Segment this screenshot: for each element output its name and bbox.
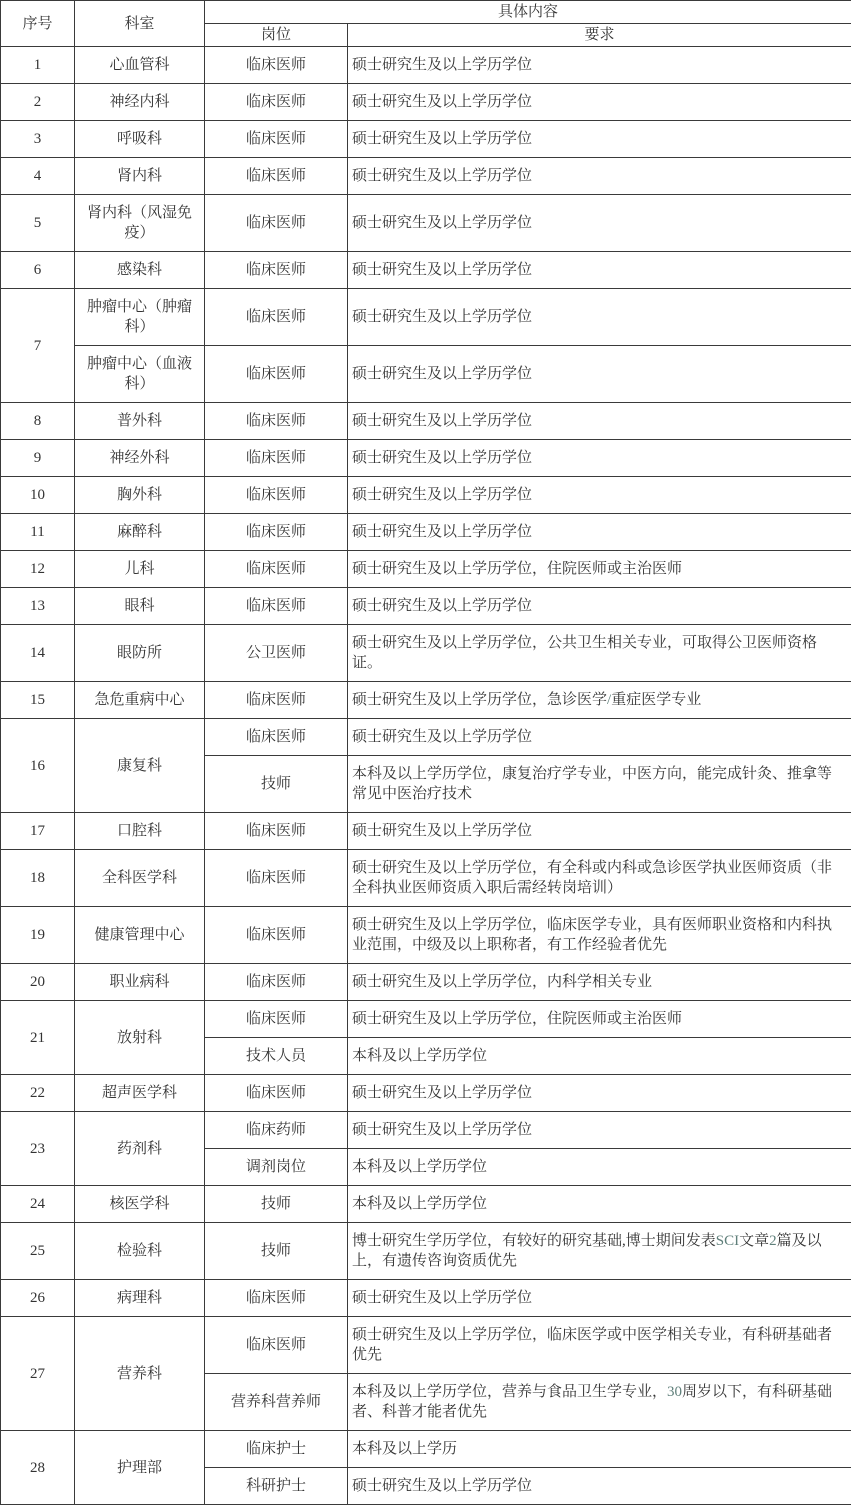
row-number-cell: 20 (1, 964, 75, 1001)
row-number-cell: 6 (1, 252, 75, 289)
row-number-cell: 3 (1, 121, 75, 158)
position-cell: 临床医师 (205, 813, 348, 850)
table-row: 27营养科临床医师硕士研究生及以上学历学位，临床医学或中医学相关专业，有科研基础… (1, 1317, 851, 1374)
table-row: 20职业病科临床医师硕士研究生及以上学历学位，内科学相关专业 (1, 964, 851, 1001)
position-cell: 临床医师 (205, 289, 348, 346)
requirement-cell: 本科及以上学历学位 (348, 1038, 851, 1075)
requirement-cell: 硕士研究生及以上学历学位 (348, 1112, 851, 1149)
position-cell: 临床医师 (205, 440, 348, 477)
table-row: 22超声医学科临床医师硕士研究生及以上学历学位 (1, 1075, 851, 1112)
row-number-cell: 19 (1, 907, 75, 964)
department-cell: 胸外科 (75, 477, 205, 514)
table-row: 16康复科临床医师硕士研究生及以上学历学位 (1, 719, 851, 756)
department-cell: 药剂科 (75, 1112, 205, 1186)
department-cell: 口腔科 (75, 813, 205, 850)
requirement-cell: 本科及以上学历 (348, 1431, 851, 1468)
table-row: 1心血管科临床医师硕士研究生及以上学历学位 (1, 47, 851, 84)
header-requirement: 要求 (348, 24, 851, 47)
position-cell: 临床药师 (205, 1112, 348, 1149)
requirement-cell: 硕士研究生及以上学历学位，有全科或内科或急诊医学执业医师资质（非全科执业医师资质… (348, 850, 851, 907)
row-number-cell: 10 (1, 477, 75, 514)
row-number-cell: 1 (1, 47, 75, 84)
table-row: 3呼吸科临床医师硕士研究生及以上学历学位 (1, 121, 851, 158)
position-cell: 临床医师 (205, 158, 348, 195)
requirement-cell: 硕士研究生及以上学历学位，急诊医学/重症医学专业 (348, 682, 851, 719)
table-row: 肿瘤中心（血液科）临床医师硕士研究生及以上学历学位 (1, 346, 851, 403)
table-row: 6感染科临床医师硕士研究生及以上学历学位 (1, 252, 851, 289)
table-row: 10胸外科临床医师硕士研究生及以上学历学位 (1, 477, 851, 514)
position-cell: 临床护士 (205, 1431, 348, 1468)
position-cell: 临床医师 (205, 195, 348, 252)
table-row: 8普外科临床医师硕士研究生及以上学历学位 (1, 403, 851, 440)
table-row: 9神经外科临床医师硕士研究生及以上学历学位 (1, 440, 851, 477)
latin-text: / (607, 692, 611, 708)
row-number-cell: 5 (1, 195, 75, 252)
position-cell: 临床医师 (205, 84, 348, 121)
department-cell: 肿瘤中心（血液科） (75, 346, 205, 403)
department-cell: 营养科 (75, 1317, 205, 1431)
requirement-cell: 硕士研究生及以上学历学位 (348, 440, 851, 477)
position-cell: 临床医师 (205, 252, 348, 289)
table-row: 14眼防所公卫医师硕士研究生及以上学历学位，公共卫生相关专业，可取得公卫医师资格… (1, 625, 851, 682)
row-number-cell: 11 (1, 514, 75, 551)
department-cell: 超声医学科 (75, 1075, 205, 1112)
position-cell: 科研护士 (205, 1468, 348, 1505)
requirement-cell: 硕士研究生及以上学历学位 (348, 1075, 851, 1112)
row-number-cell: 12 (1, 551, 75, 588)
position-cell: 技师 (205, 1186, 348, 1223)
requirement-cell: 硕士研究生及以上学历学位，住院医师或主治医师 (348, 551, 851, 588)
row-number-cell: 27 (1, 1317, 75, 1431)
row-number-cell: 22 (1, 1075, 75, 1112)
requirement-cell: 博士研究生学历学位，有较好的研究基础,博士期间发表SCI文章2篇及以上，有遗传咨… (348, 1223, 851, 1280)
position-cell: 营养科营养师 (205, 1374, 348, 1431)
requirement-cell: 本科及以上学历学位 (348, 1186, 851, 1223)
department-cell: 肾内科（风湿免疫） (75, 195, 205, 252)
requirement-cell: 硕士研究生及以上学历学位，公共卫生相关专业，可取得公卫医师资格证。 (348, 625, 851, 682)
position-cell: 临床医师 (205, 47, 348, 84)
row-number-cell: 21 (1, 1001, 75, 1075)
requirement-cell: 硕士研究生及以上学历学位，住院医师或主治医师 (348, 1001, 851, 1038)
position-cell: 临床医师 (205, 477, 348, 514)
position-cell: 临床医师 (205, 551, 348, 588)
department-cell: 普外科 (75, 403, 205, 440)
table-row: 25检验科技师博士研究生学历学位，有较好的研究基础,博士期间发表SCI文章2篇及… (1, 1223, 851, 1280)
latin-text: 30 (667, 1384, 682, 1400)
position-cell: 临床医师 (205, 121, 348, 158)
position-cell: 临床医师 (205, 1075, 348, 1112)
row-number-cell: 24 (1, 1186, 75, 1223)
requirement-cell: 硕士研究生及以上学历学位 (348, 719, 851, 756)
row-number-cell: 8 (1, 403, 75, 440)
table-row: 7肿瘤中心（肿瘤科）临床医师硕士研究生及以上学历学位 (1, 289, 851, 346)
department-cell: 眼科 (75, 588, 205, 625)
department-cell: 全科医学科 (75, 850, 205, 907)
row-number-cell: 16 (1, 719, 75, 813)
requirement-cell: 硕士研究生及以上学历学位 (348, 346, 851, 403)
header-content: 具体内容 (205, 1, 851, 24)
row-number-cell: 4 (1, 158, 75, 195)
table-row: 21放射科临床医师硕士研究生及以上学历学位，住院医师或主治医师 (1, 1001, 851, 1038)
position-cell: 公卫医师 (205, 625, 348, 682)
department-cell: 护理部 (75, 1431, 205, 1505)
department-cell: 放射科 (75, 1001, 205, 1075)
department-cell: 神经外科 (75, 440, 205, 477)
requirement-cell: 本科及以上学历学位，营养与食品卫生学专业，30周岁以下，有科研基础者、科普才能者… (348, 1374, 851, 1431)
table-row: 24核医学科技师本科及以上学历学位 (1, 1186, 851, 1223)
position-cell: 临床医师 (205, 588, 348, 625)
position-cell: 临床医师 (205, 850, 348, 907)
requirement-cell: 硕士研究生及以上学历学位 (348, 195, 851, 252)
position-cell: 临床医师 (205, 682, 348, 719)
position-cell: 调剂岗位 (205, 1149, 348, 1186)
requirement-cell: 硕士研究生及以上学历学位 (348, 158, 851, 195)
requirement-cell: 本科及以上学历学位，康复治疗学专业，中医方向，能完成针灸、推拿等常见中医治疗技术 (348, 756, 851, 813)
position-cell: 临床医师 (205, 514, 348, 551)
department-cell: 检验科 (75, 1223, 205, 1280)
table-row: 13眼科临床医师硕士研究生及以上学历学位 (1, 588, 851, 625)
row-number-cell: 7 (1, 289, 75, 403)
latin-text: 2 (769, 1233, 777, 1249)
table-row: 28护理部临床护士本科及以上学历 (1, 1431, 851, 1468)
department-cell: 核医学科 (75, 1186, 205, 1223)
header-position: 岗位 (205, 24, 348, 47)
requirement-cell: 硕士研究生及以上学历学位 (348, 47, 851, 84)
position-cell: 临床医师 (205, 1317, 348, 1374)
table-row: 4肾内科临床医师硕士研究生及以上学历学位 (1, 158, 851, 195)
row-number-cell: 18 (1, 850, 75, 907)
table-row: 18全科医学科临床医师硕士研究生及以上学历学位，有全科或内科或急诊医学执业医师资… (1, 850, 851, 907)
table-row: 5肾内科（风湿免疫）临床医师硕士研究生及以上学历学位 (1, 195, 851, 252)
department-cell: 儿科 (75, 551, 205, 588)
table-row: 23药剂科临床药师硕士研究生及以上学历学位 (1, 1112, 851, 1149)
department-cell: 心血管科 (75, 47, 205, 84)
requirement-cell: 硕士研究生及以上学历学位 (348, 289, 851, 346)
header-row-1: 序号 科室 具体内容 (1, 1, 851, 24)
department-cell: 感染科 (75, 252, 205, 289)
row-number-cell: 13 (1, 588, 75, 625)
table-row: 19健康管理中心临床医师硕士研究生及以上学历学位，临床医学专业，具有医师职业资格… (1, 907, 851, 964)
header-department: 科室 (75, 1, 205, 47)
requirement-cell: 硕士研究生及以上学历学位 (348, 1468, 851, 1505)
position-cell: 临床医师 (205, 403, 348, 440)
table-body: 1心血管科临床医师硕士研究生及以上学历学位2神经内科临床医师硕士研究生及以上学历… (1, 47, 851, 1505)
requirement-cell: 硕士研究生及以上学历学位 (348, 1280, 851, 1317)
department-cell: 病理科 (75, 1280, 205, 1317)
requirement-cell: 硕士研究生及以上学历学位 (348, 84, 851, 121)
department-cell: 麻醉科 (75, 514, 205, 551)
department-cell: 急危重病中心 (75, 682, 205, 719)
row-number-cell: 9 (1, 440, 75, 477)
table-row: 12儿科临床医师硕士研究生及以上学历学位，住院医师或主治医师 (1, 551, 851, 588)
position-cell: 技师 (205, 756, 348, 813)
requirement-cell: 本科及以上学历学位 (348, 1149, 851, 1186)
row-number-cell: 26 (1, 1280, 75, 1317)
table-row: 11麻醉科临床医师硕士研究生及以上学历学位 (1, 514, 851, 551)
row-number-cell: 28 (1, 1431, 75, 1505)
table-header: 序号 科室 具体内容 岗位 要求 (1, 1, 851, 47)
requirement-cell: 硕士研究生及以上学历学位，内科学相关专业 (348, 964, 851, 1001)
department-cell: 呼吸科 (75, 121, 205, 158)
row-number-cell: 15 (1, 682, 75, 719)
requirement-cell: 硕士研究生及以上学历学位 (348, 813, 851, 850)
requirement-cell: 硕士研究生及以上学历学位，临床医学或中医学相关专业，有科研基础者优先 (348, 1317, 851, 1374)
row-number-cell: 2 (1, 84, 75, 121)
requirement-cell: 硕士研究生及以上学历学位 (348, 477, 851, 514)
position-cell: 临床医师 (205, 907, 348, 964)
department-cell: 肾内科 (75, 158, 205, 195)
recruitment-table: 序号 科室 具体内容 岗位 要求 1心血管科临床医师硕士研究生及以上学历学位2神… (0, 0, 851, 1505)
department-cell: 职业病科 (75, 964, 205, 1001)
row-number-cell: 17 (1, 813, 75, 850)
position-cell: 技术人员 (205, 1038, 348, 1075)
position-cell: 临床医师 (205, 719, 348, 756)
position-cell: 临床医师 (205, 1280, 348, 1317)
requirement-cell: 硕士研究生及以上学历学位 (348, 588, 851, 625)
position-cell: 临床医师 (205, 1001, 348, 1038)
table-row: 15急危重病中心临床医师硕士研究生及以上学历学位，急诊医学/重症医学专业 (1, 682, 851, 719)
row-number-cell: 25 (1, 1223, 75, 1280)
row-number-cell: 23 (1, 1112, 75, 1186)
requirement-cell: 硕士研究生及以上学历学位 (348, 403, 851, 440)
department-cell: 健康管理中心 (75, 907, 205, 964)
position-cell: 临床医师 (205, 964, 348, 1001)
table-row: 2神经内科临床医师硕士研究生及以上学历学位 (1, 84, 851, 121)
header-index: 序号 (1, 1, 75, 47)
latin-text: SCI (716, 1233, 739, 1249)
department-cell: 肿瘤中心（肿瘤科） (75, 289, 205, 346)
requirement-cell: 硕士研究生及以上学历学位 (348, 252, 851, 289)
requirement-cell: 硕士研究生及以上学历学位 (348, 514, 851, 551)
row-number-cell: 14 (1, 625, 75, 682)
position-cell: 技师 (205, 1223, 348, 1280)
table-row: 26病理科临床医师硕士研究生及以上学历学位 (1, 1280, 851, 1317)
requirement-cell: 硕士研究生及以上学历学位 (348, 121, 851, 158)
position-cell: 临床医师 (205, 346, 348, 403)
table-row: 17口腔科临床医师硕士研究生及以上学历学位 (1, 813, 851, 850)
requirement-cell: 硕士研究生及以上学历学位，临床医学专业，具有医师职业资格和内科执业范围，中级及以… (348, 907, 851, 964)
department-cell: 眼防所 (75, 625, 205, 682)
department-cell: 神经内科 (75, 84, 205, 121)
department-cell: 康复科 (75, 719, 205, 813)
